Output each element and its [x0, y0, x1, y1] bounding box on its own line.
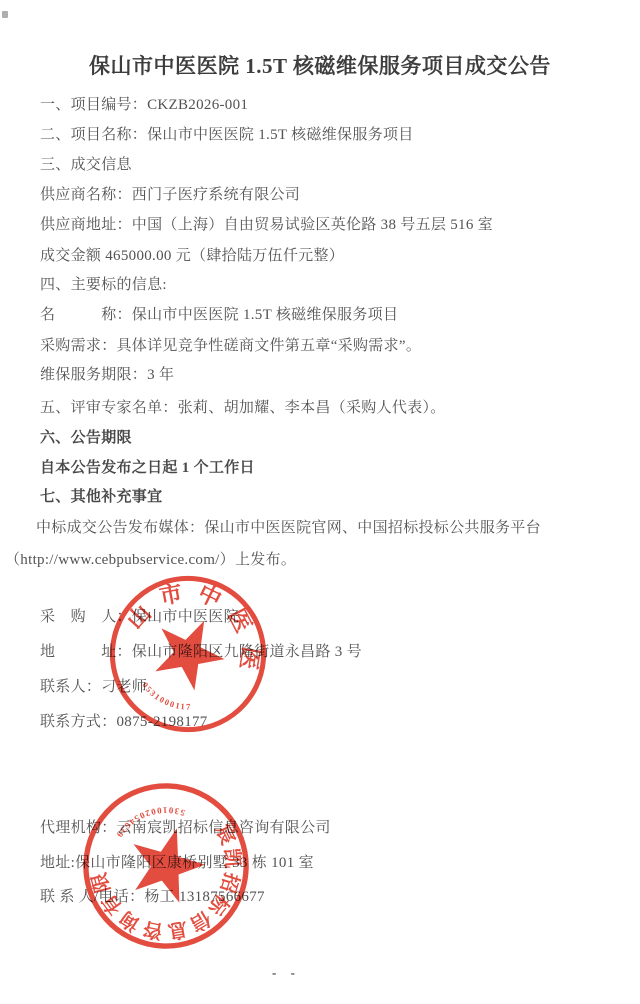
deal-amount-line: 成交金额 465000.00 元（肆拾陆万伍仟元整） [40, 246, 344, 266]
procurement-requirement-line: 采购需求：具体详见竞争性磋商文件第五章“采购需求”。 [40, 336, 421, 356]
deal-info-heading: 三、成交信息 [40, 155, 132, 175]
service-period-line: 维保服务期限：3 年 [40, 365, 174, 385]
notice-period-heading: 六、公告期限 [40, 428, 132, 448]
page-number: - - [272, 965, 295, 981]
agency-seal: 云南宸凯招标信息咨询有限公司 5301002054639 [52, 752, 280, 980]
document-page: 保山市中医医院 1.5T 核磁维保服务项目成交公告 一、项目编号：CKZB202… [0, 0, 640, 1004]
subject-name-line: 名 称：保山市中医医院 1.5T 核磁维保服务项目 [40, 305, 398, 325]
seal-ring-text: 云南宸凯招标信息咨询有限公司 [85, 813, 280, 980]
expert-list-line: 五、评审专家名单：张莉、胡加耀、李本昌（采购人代表）。 [40, 398, 446, 418]
project-name-line: 二、项目名称：保山市中医医院 1.5T 核磁维保服务项目 [40, 125, 414, 145]
publish-media-line: 中标成交公告发布媒体：保山市中医医院官网、中国招标投标公共服务平台 [36, 518, 541, 538]
seal-star-icon [143, 605, 235, 696]
announcement-title: 保山市中医医院 1.5T 核磁维保服务项目成交公告 [0, 50, 640, 80]
supplier-address-line: 供应商地址：中国（上海）自由贸易试验区英伦路 38 号五层 516 室 [40, 215, 493, 235]
supplier-name-line: 供应商名称：西门子医疗系统有限公司 [40, 185, 300, 205]
seal-code: 0531000117 [137, 679, 196, 718]
seal-star-icon [120, 824, 214, 916]
scan-artifact [2, 11, 8, 18]
other-matters-heading: 七、其他补充事宜 [40, 487, 162, 507]
subject-info-heading: 四、主要标的信息: [40, 275, 167, 295]
notice-period-line: 自本公告发布之日起 1 个工作日 [40, 458, 255, 478]
hospital-seal: 保山市中医医院 0531000117 [76, 542, 301, 767]
project-number-line: 一、项目编号：CKZB2026-001 [40, 95, 248, 115]
